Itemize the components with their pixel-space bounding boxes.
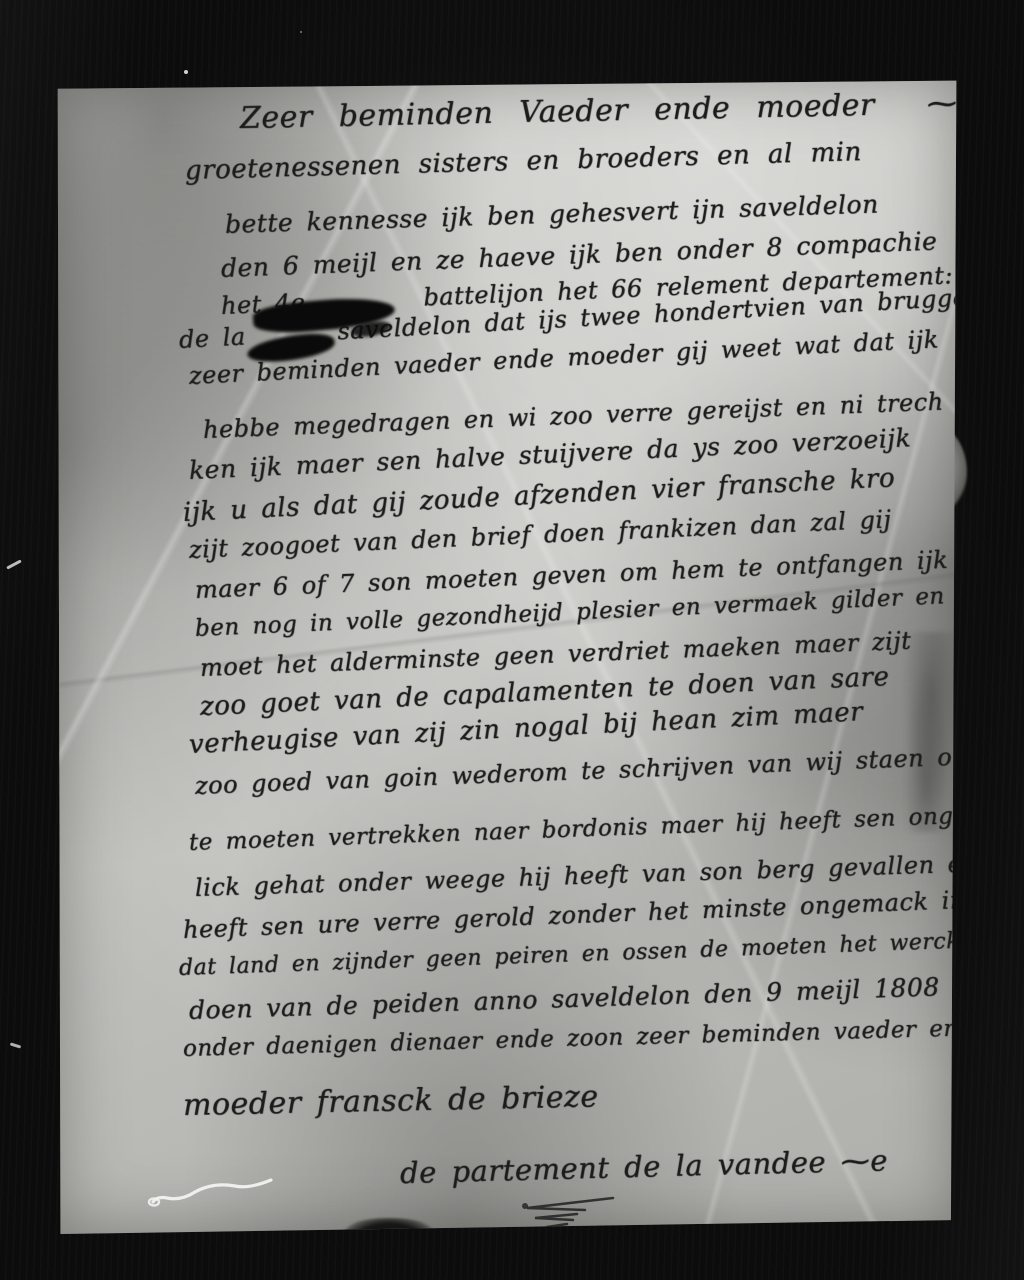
letter-line: de partement de la vandee ⁓e — [400, 1143, 889, 1190]
letter-line: groetenessenen sisters en broeders en al… — [185, 137, 863, 186]
scratch-mark — [10, 1042, 21, 1048]
letter-lines: Zeer beminden Vaeder ende moeder ⁓⁓ deng… — [55, 76, 960, 1234]
letter-line: onder daenigen dienaer ende zoon zeer be… — [183, 1015, 960, 1062]
letter-line: moeder fransck de brieze — [183, 1079, 599, 1123]
dust-speck — [184, 70, 188, 74]
pen-flourish — [513, 1194, 623, 1230]
thread-mark — [147, 1174, 277, 1214]
letter-paper: Zeer beminden Vaeder ende moeder ⁓⁓ deng… — [55, 76, 960, 1234]
letter-line: te moeten vertrekken naer bordonis maer … — [189, 803, 960, 856]
scratch-mark — [6, 559, 22, 569]
letter-line: doen van de peiden anno saveldelon den 9… — [189, 972, 941, 1025]
photo-background: Zeer beminden Vaeder ende moeder ⁓⁓ deng… — [0, 0, 1024, 1280]
dust-speck — [300, 31, 302, 33]
letter-line: Zeer beminden Vaeder ende moeder ⁓⁓ den — [240, 83, 960, 136]
